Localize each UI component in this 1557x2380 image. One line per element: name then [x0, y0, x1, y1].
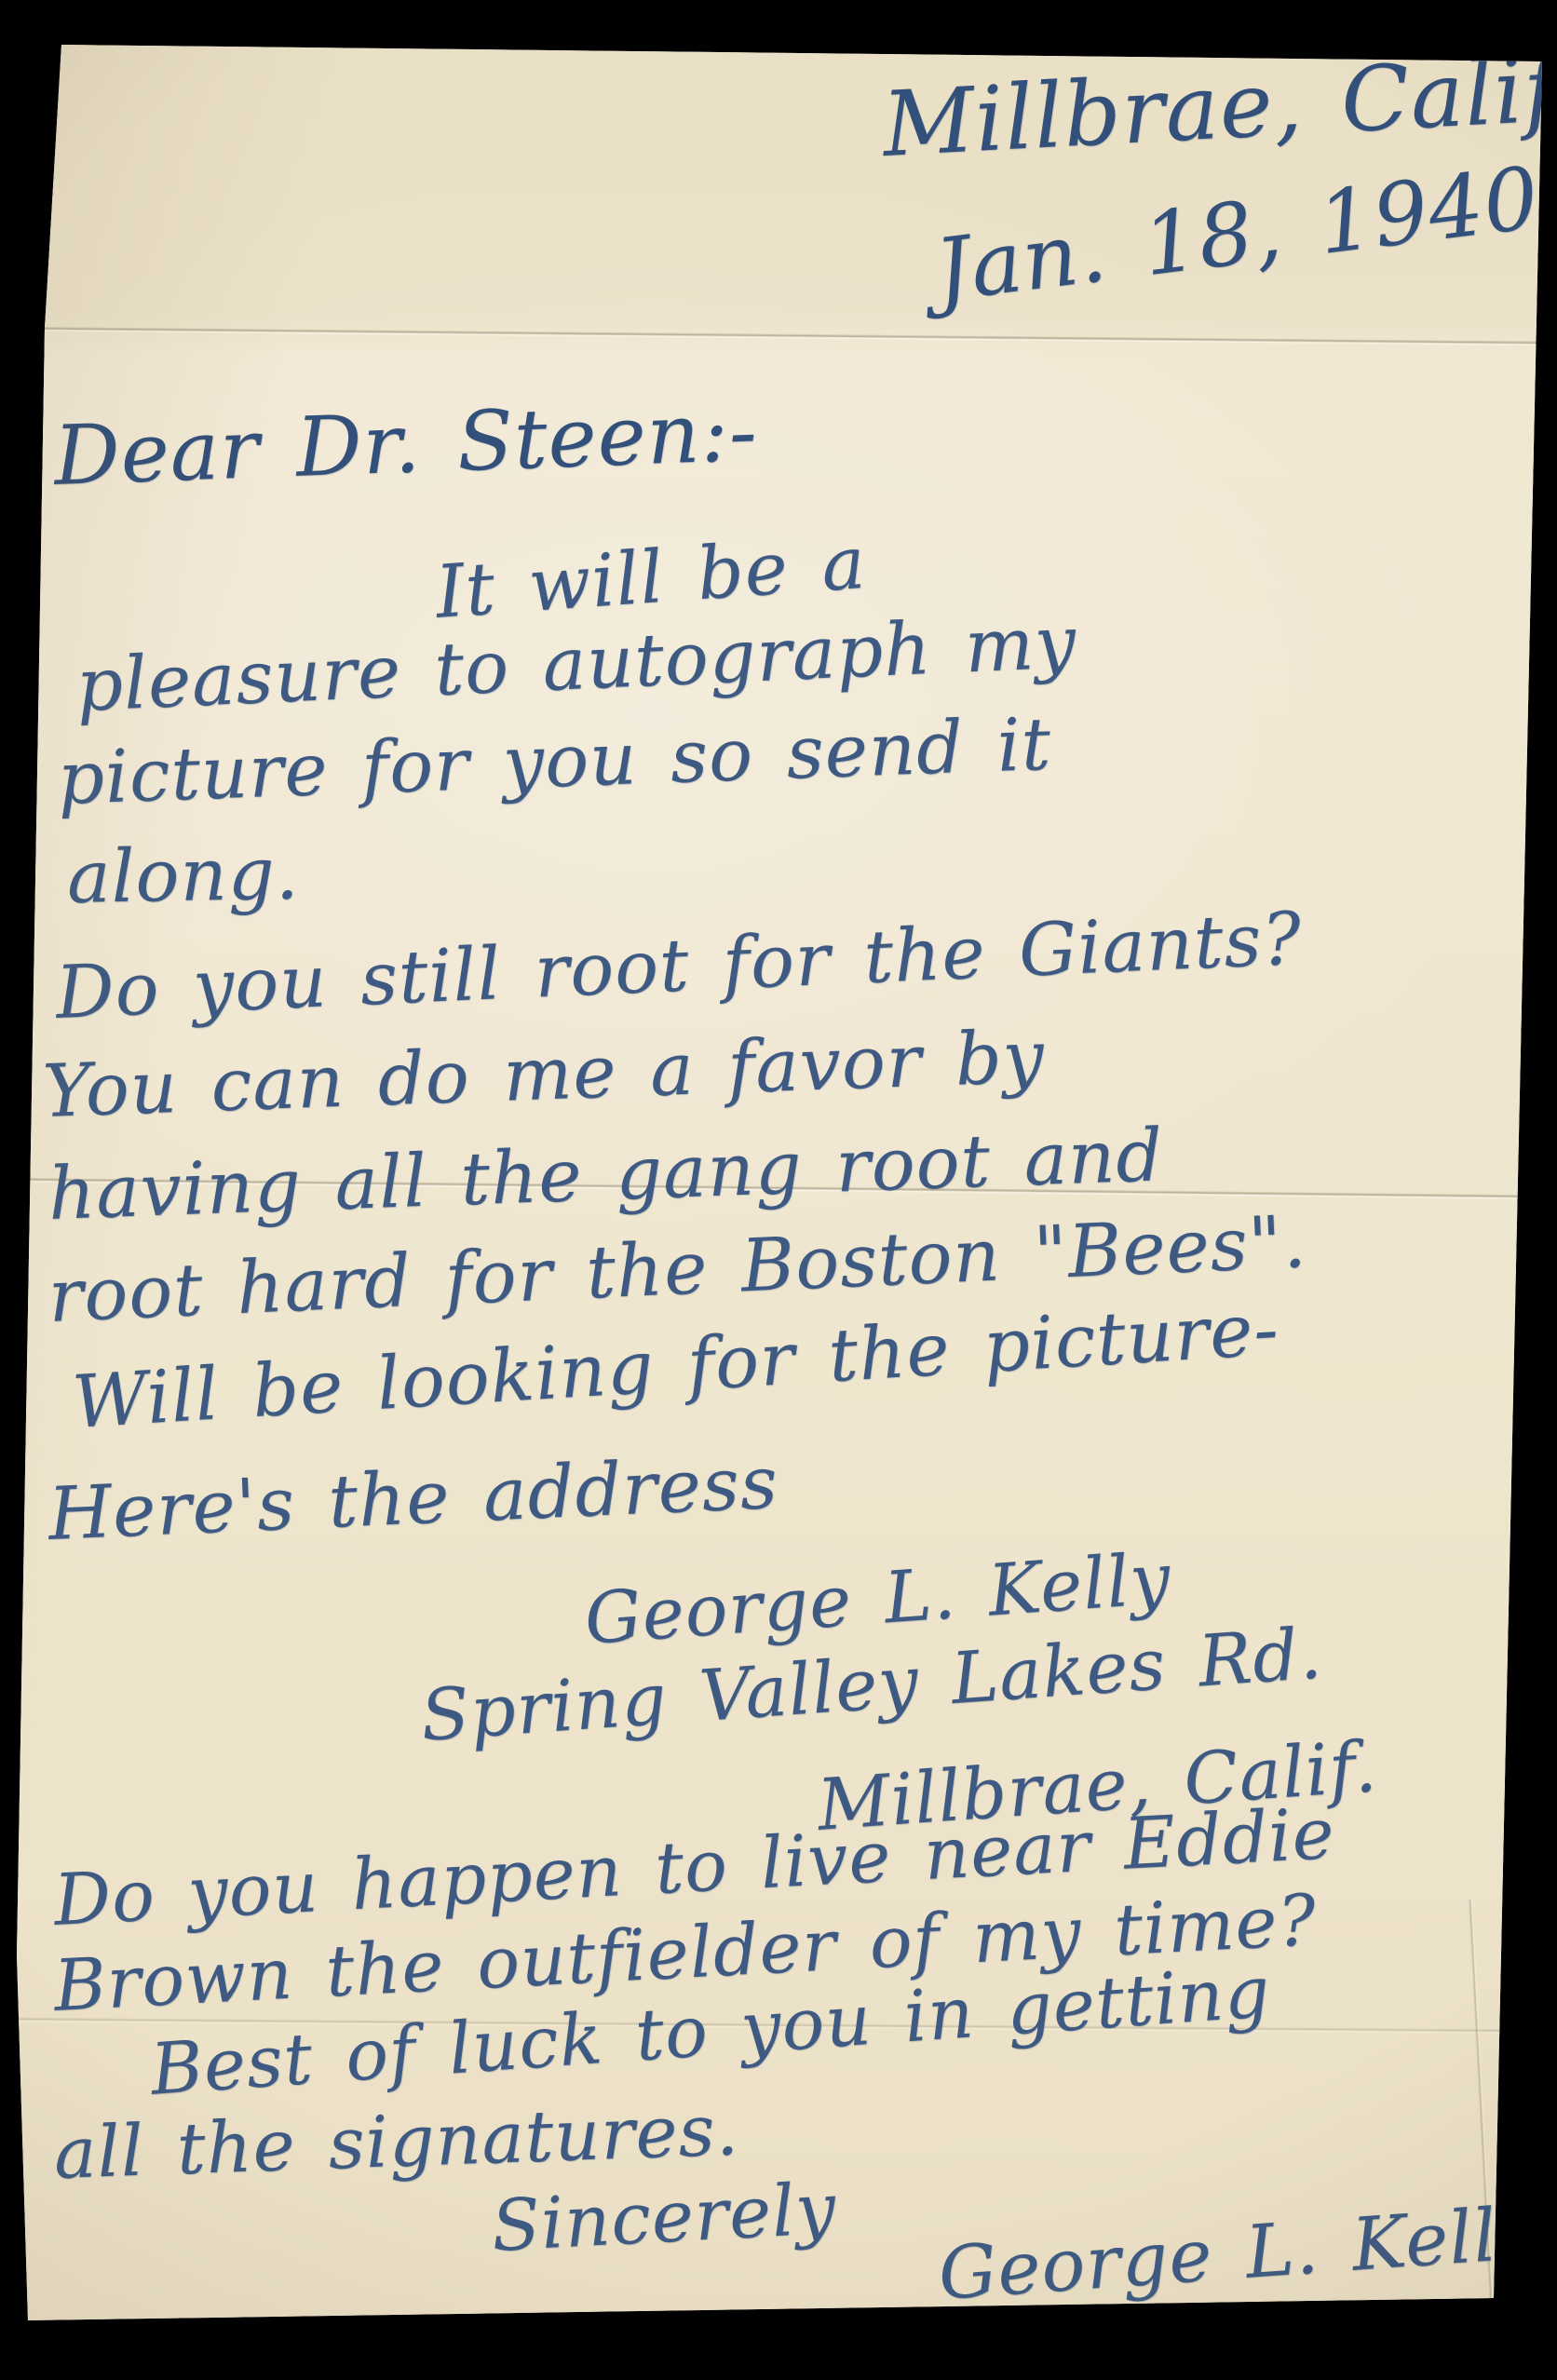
fold-crease-top: [0, 326, 1557, 347]
heading-date-line: Jan. 18, 1940: [929, 148, 1544, 321]
body-line: You can do me a favor by: [41, 1015, 1046, 1134]
signature-line: George L. Kelly: [936, 2191, 1542, 2317]
salutation-line: Dear Dr. Steen:-: [52, 384, 759, 504]
heading-location-line: Millbrae, Calif.: [880, 36, 1557, 177]
body-line: Do you still root for the Giants?: [54, 898, 1304, 1035]
fold-crease-line: [0, 326, 1557, 347]
closing-line: Sincerely: [490, 2167, 839, 2267]
body-line: along.: [66, 832, 300, 920]
body-line: Here's the address: [47, 1441, 779, 1557]
letter-paper: Millbrae, Calif. Jan. 18, 1940 Dear Dr. …: [0, 0, 1557, 2380]
letter-photo-stage: Millbrae, Calif. Jan. 18, 1940 Dear Dr. …: [0, 0, 1557, 2380]
